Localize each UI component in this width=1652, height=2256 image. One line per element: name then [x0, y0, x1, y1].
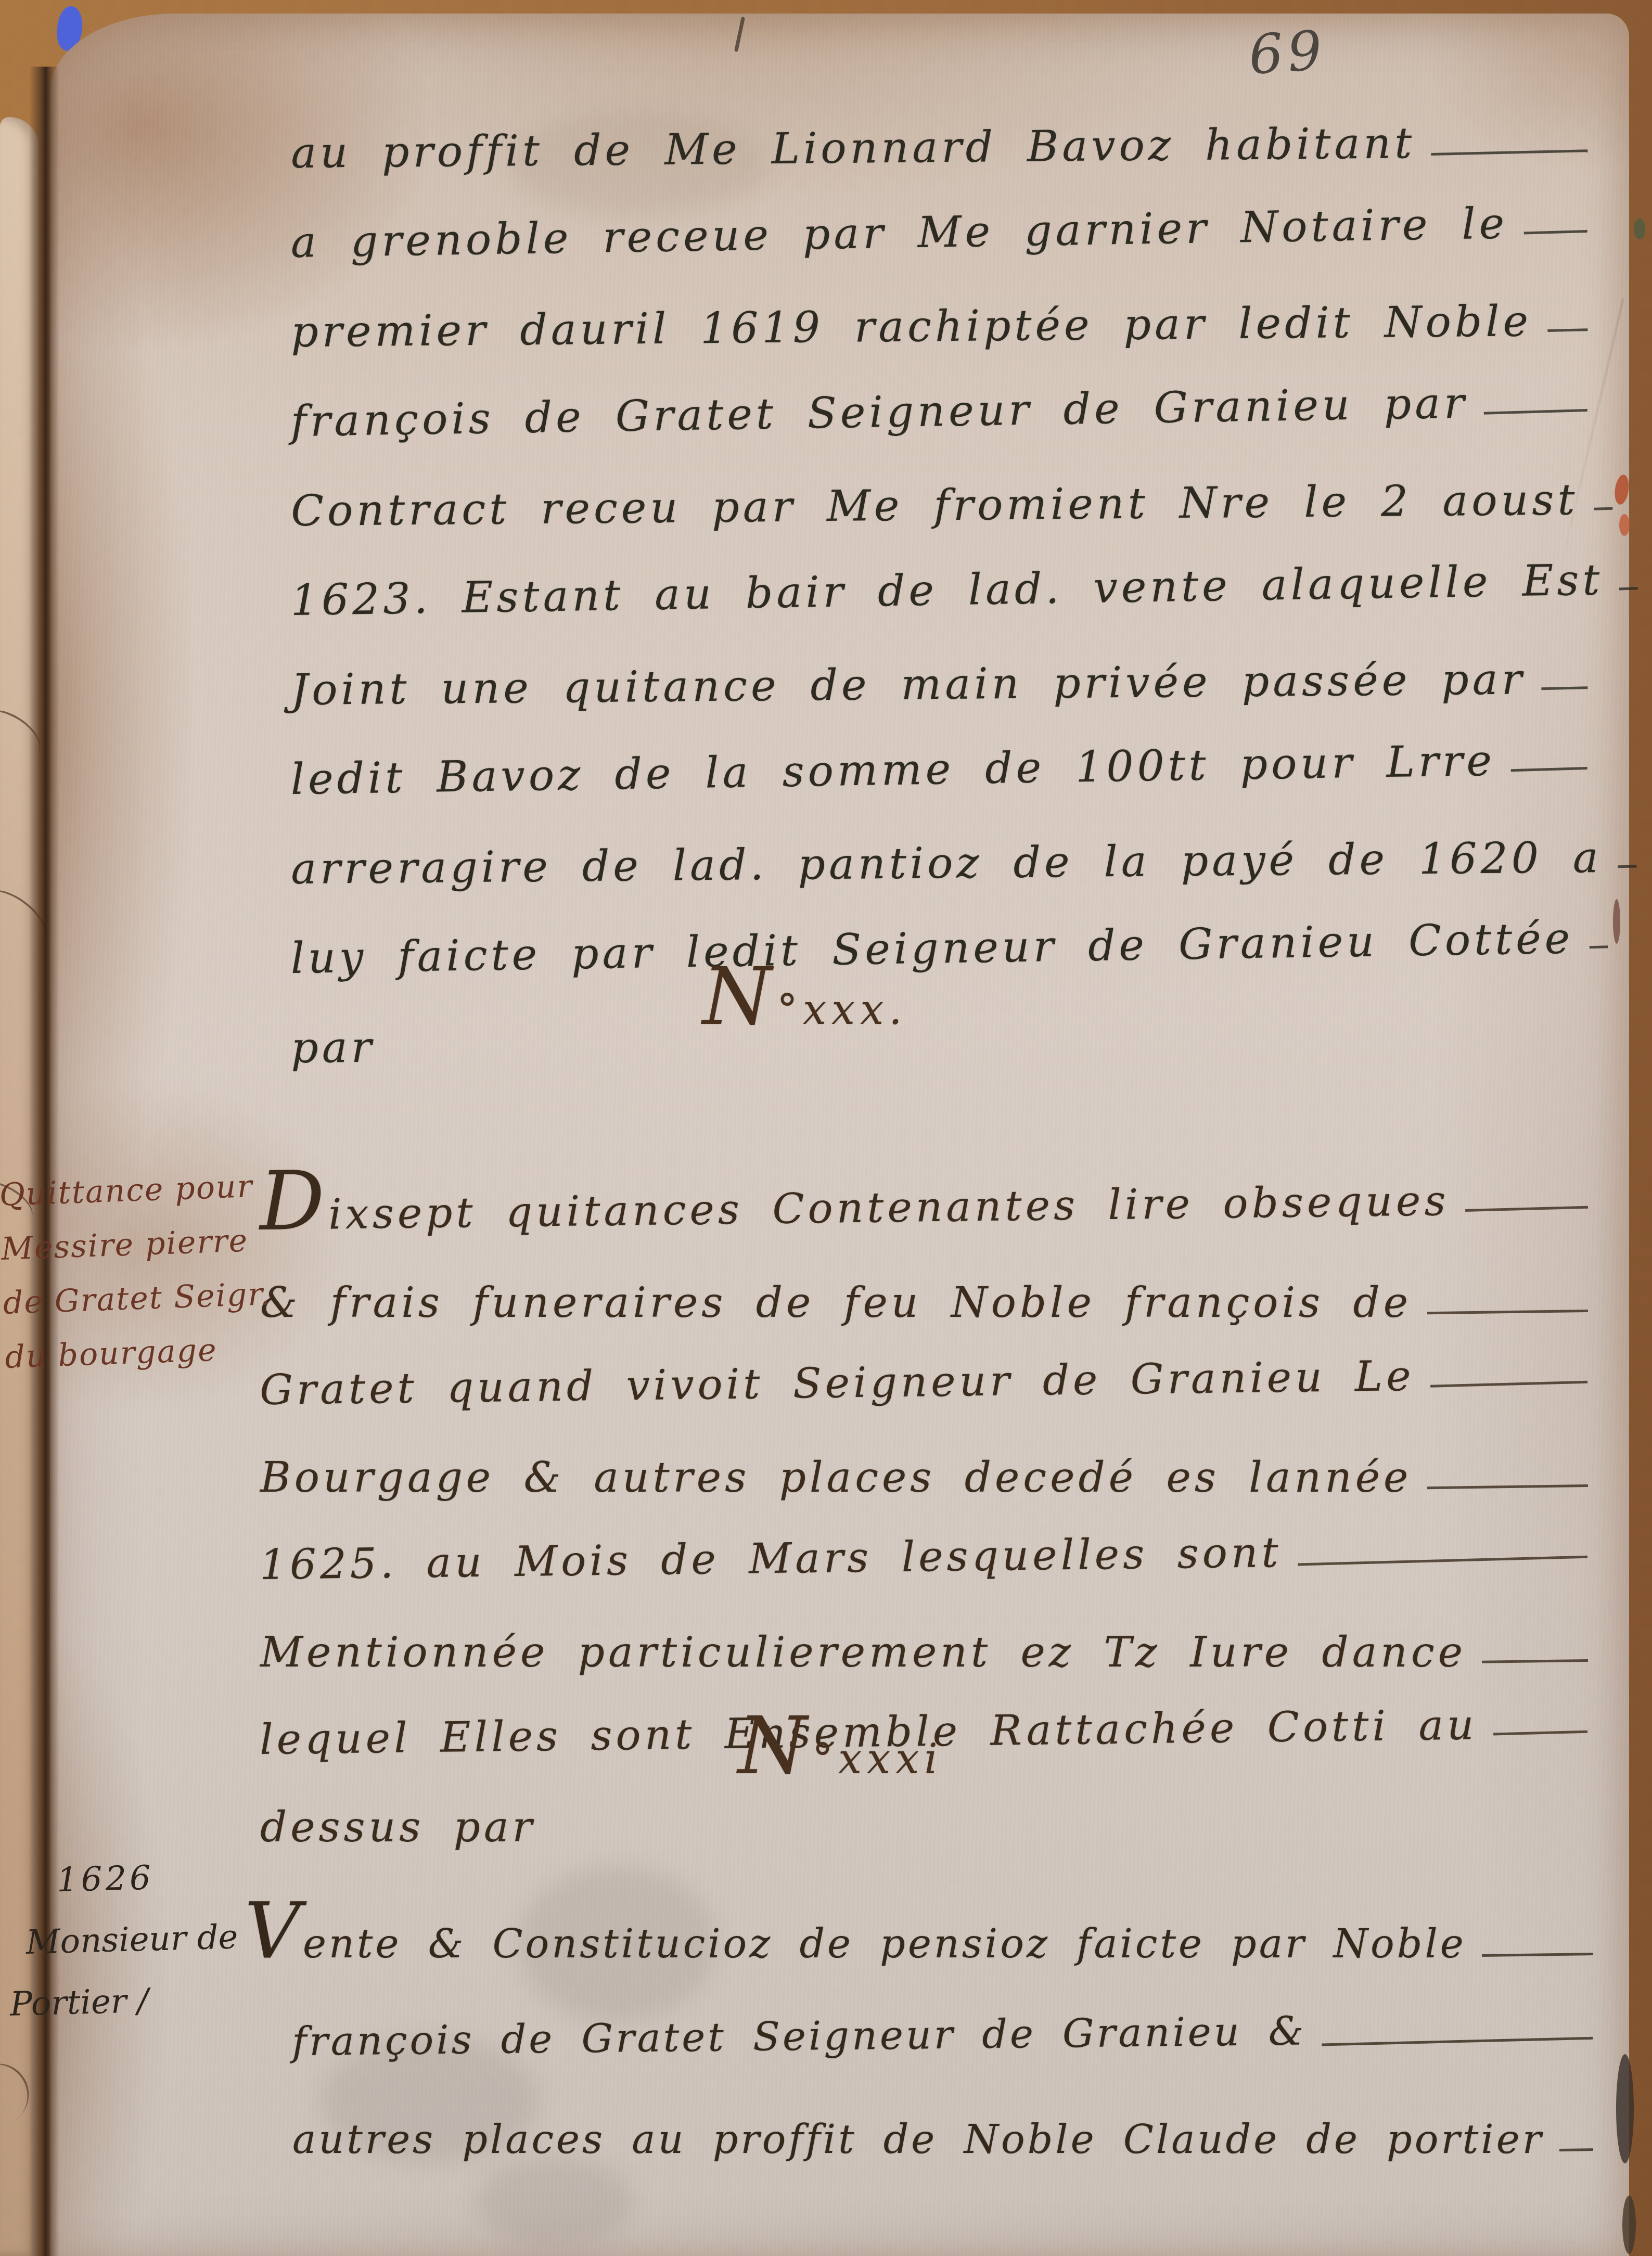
line-filler-dash: [1547, 328, 1587, 332]
line-filler-dash: [1559, 2148, 1593, 2151]
paragraph-entry-31: Vente & Constitucioz de pensioz faicte p…: [245, 1887, 1597, 2180]
margin-note-line: du bourgage: [4, 1321, 274, 1385]
line-filler-dash: [1482, 1953, 1593, 1957]
line-text: autres places au proffit de Noble Claude…: [292, 2099, 1544, 2180]
text-line: par: [290, 986, 1592, 1087]
margin-note-quittance: Quittance pour Messire pierre de Gratet …: [0, 1159, 274, 1385]
line-filler-dash: [1322, 2037, 1593, 2046]
line-filler-dash: [1618, 865, 1636, 868]
margin-note-line: Monsieur de: [25, 1906, 239, 1973]
line-text: françois de Gratet Seigneur de Granieu p…: [290, 364, 1469, 461]
line-filler-dash: [1541, 686, 1587, 690]
edge-speckle: [1613, 899, 1620, 944]
line-filler-dash: [1589, 945, 1608, 948]
line-filler-dash: [1430, 1381, 1587, 1388]
photo-background: 69 au proffit de Me Lionnard Bavoz habit…: [0, 0, 1652, 2256]
text-line: Dixsept quitances Contenantes lire obseq…: [259, 1150, 1592, 1254]
line-text: françois de Gratet Seigneur de Granieu &: [291, 1991, 1307, 2082]
text-line: françois de Gratet Seigneur de Granieu &: [291, 1971, 1597, 2082]
paragraph-entry-29: au proffit de Me Lionnard Bavoz habitant…: [291, 103, 1592, 1087]
edge-speckle: [1634, 219, 1645, 239]
manuscript-page: 69 au proffit de Me Lionnard Bavoz habit…: [50, 14, 1629, 2256]
line-text: Dixsept quitances Contenantes lire obseq…: [259, 1162, 1450, 1254]
line-filler-dash: [1465, 1206, 1588, 1212]
margin-note-line: 1626: [56, 1845, 237, 1911]
line-filler-dash: [1298, 1556, 1587, 1566]
ink-speck: [734, 17, 745, 52]
red-edge-speckle: [1619, 514, 1630, 536]
edge-speckle: [1622, 2196, 1636, 2254]
margin-note-line: Quittance pour: [0, 1159, 268, 1222]
line-filler-dash: [1594, 507, 1612, 510]
line-text: dessus par: [260, 1789, 536, 1866]
line-filler-dash: [1427, 1310, 1588, 1314]
margin-note-line: Messire pierre: [1, 1213, 271, 1276]
text-line: Gratet quand vivoit Seigneur de Granieu …: [259, 1325, 1592, 1429]
line-text: 1623. Estant au bair de lad. vente alaqu…: [290, 541, 1604, 640]
line-filler-dash: [1482, 1659, 1588, 1663]
line-text: par: [291, 1009, 376, 1087]
line-filler-dash: [1427, 1484, 1588, 1489]
text-line: autres places au proffit de Noble Claude…: [292, 2082, 1597, 2180]
margin-note-line: de Gratet Seigr.: [2, 1267, 272, 1330]
text-line: Vente & Constitucioz de pensioz faicte p…: [245, 1887, 1597, 1984]
edge-speckle: [1616, 2054, 1634, 2163]
line-filler-dash: [1483, 409, 1587, 415]
section-heading-xxxi: N°xxxi: [738, 1735, 943, 1783]
margin-note-vente: 1626 Monsieur de Portier /: [6, 1845, 240, 2035]
line-text: luy faicte par ledit Seigneur de Granieu…: [290, 900, 1574, 998]
line-text: Vente & Constitucioz de pensioz faicte p…: [245, 1903, 1466, 1984]
line-text: Gratet quand vivoit Seigneur de Granieu …: [259, 1338, 1415, 1429]
line-filler-dash: [1619, 587, 1638, 590]
line-text: 1625. au Mois de Mars lesquelles sont: [259, 1514, 1282, 1604]
text-line: dessus par: [260, 1778, 1592, 1866]
margin-note-line: Portier /: [9, 1968, 240, 2035]
line-filler-dash: [1523, 230, 1587, 235]
line-filler-dash: [1511, 767, 1587, 772]
line-filler-dash: [1493, 1731, 1587, 1736]
line-text: a grenoble receue par Me garnier Notaire…: [290, 185, 1509, 282]
line-filler-dash: [1431, 149, 1587, 156]
page-number: 69: [1247, 18, 1328, 87]
section-heading-xxx: N°xxx.: [702, 985, 907, 1034]
text-line: 1625. au Mois de Mars lesquelles sont: [259, 1500, 1592, 1604]
line-text: ledit Bavoz de la somme de 100tt pour Lr…: [290, 722, 1496, 819]
